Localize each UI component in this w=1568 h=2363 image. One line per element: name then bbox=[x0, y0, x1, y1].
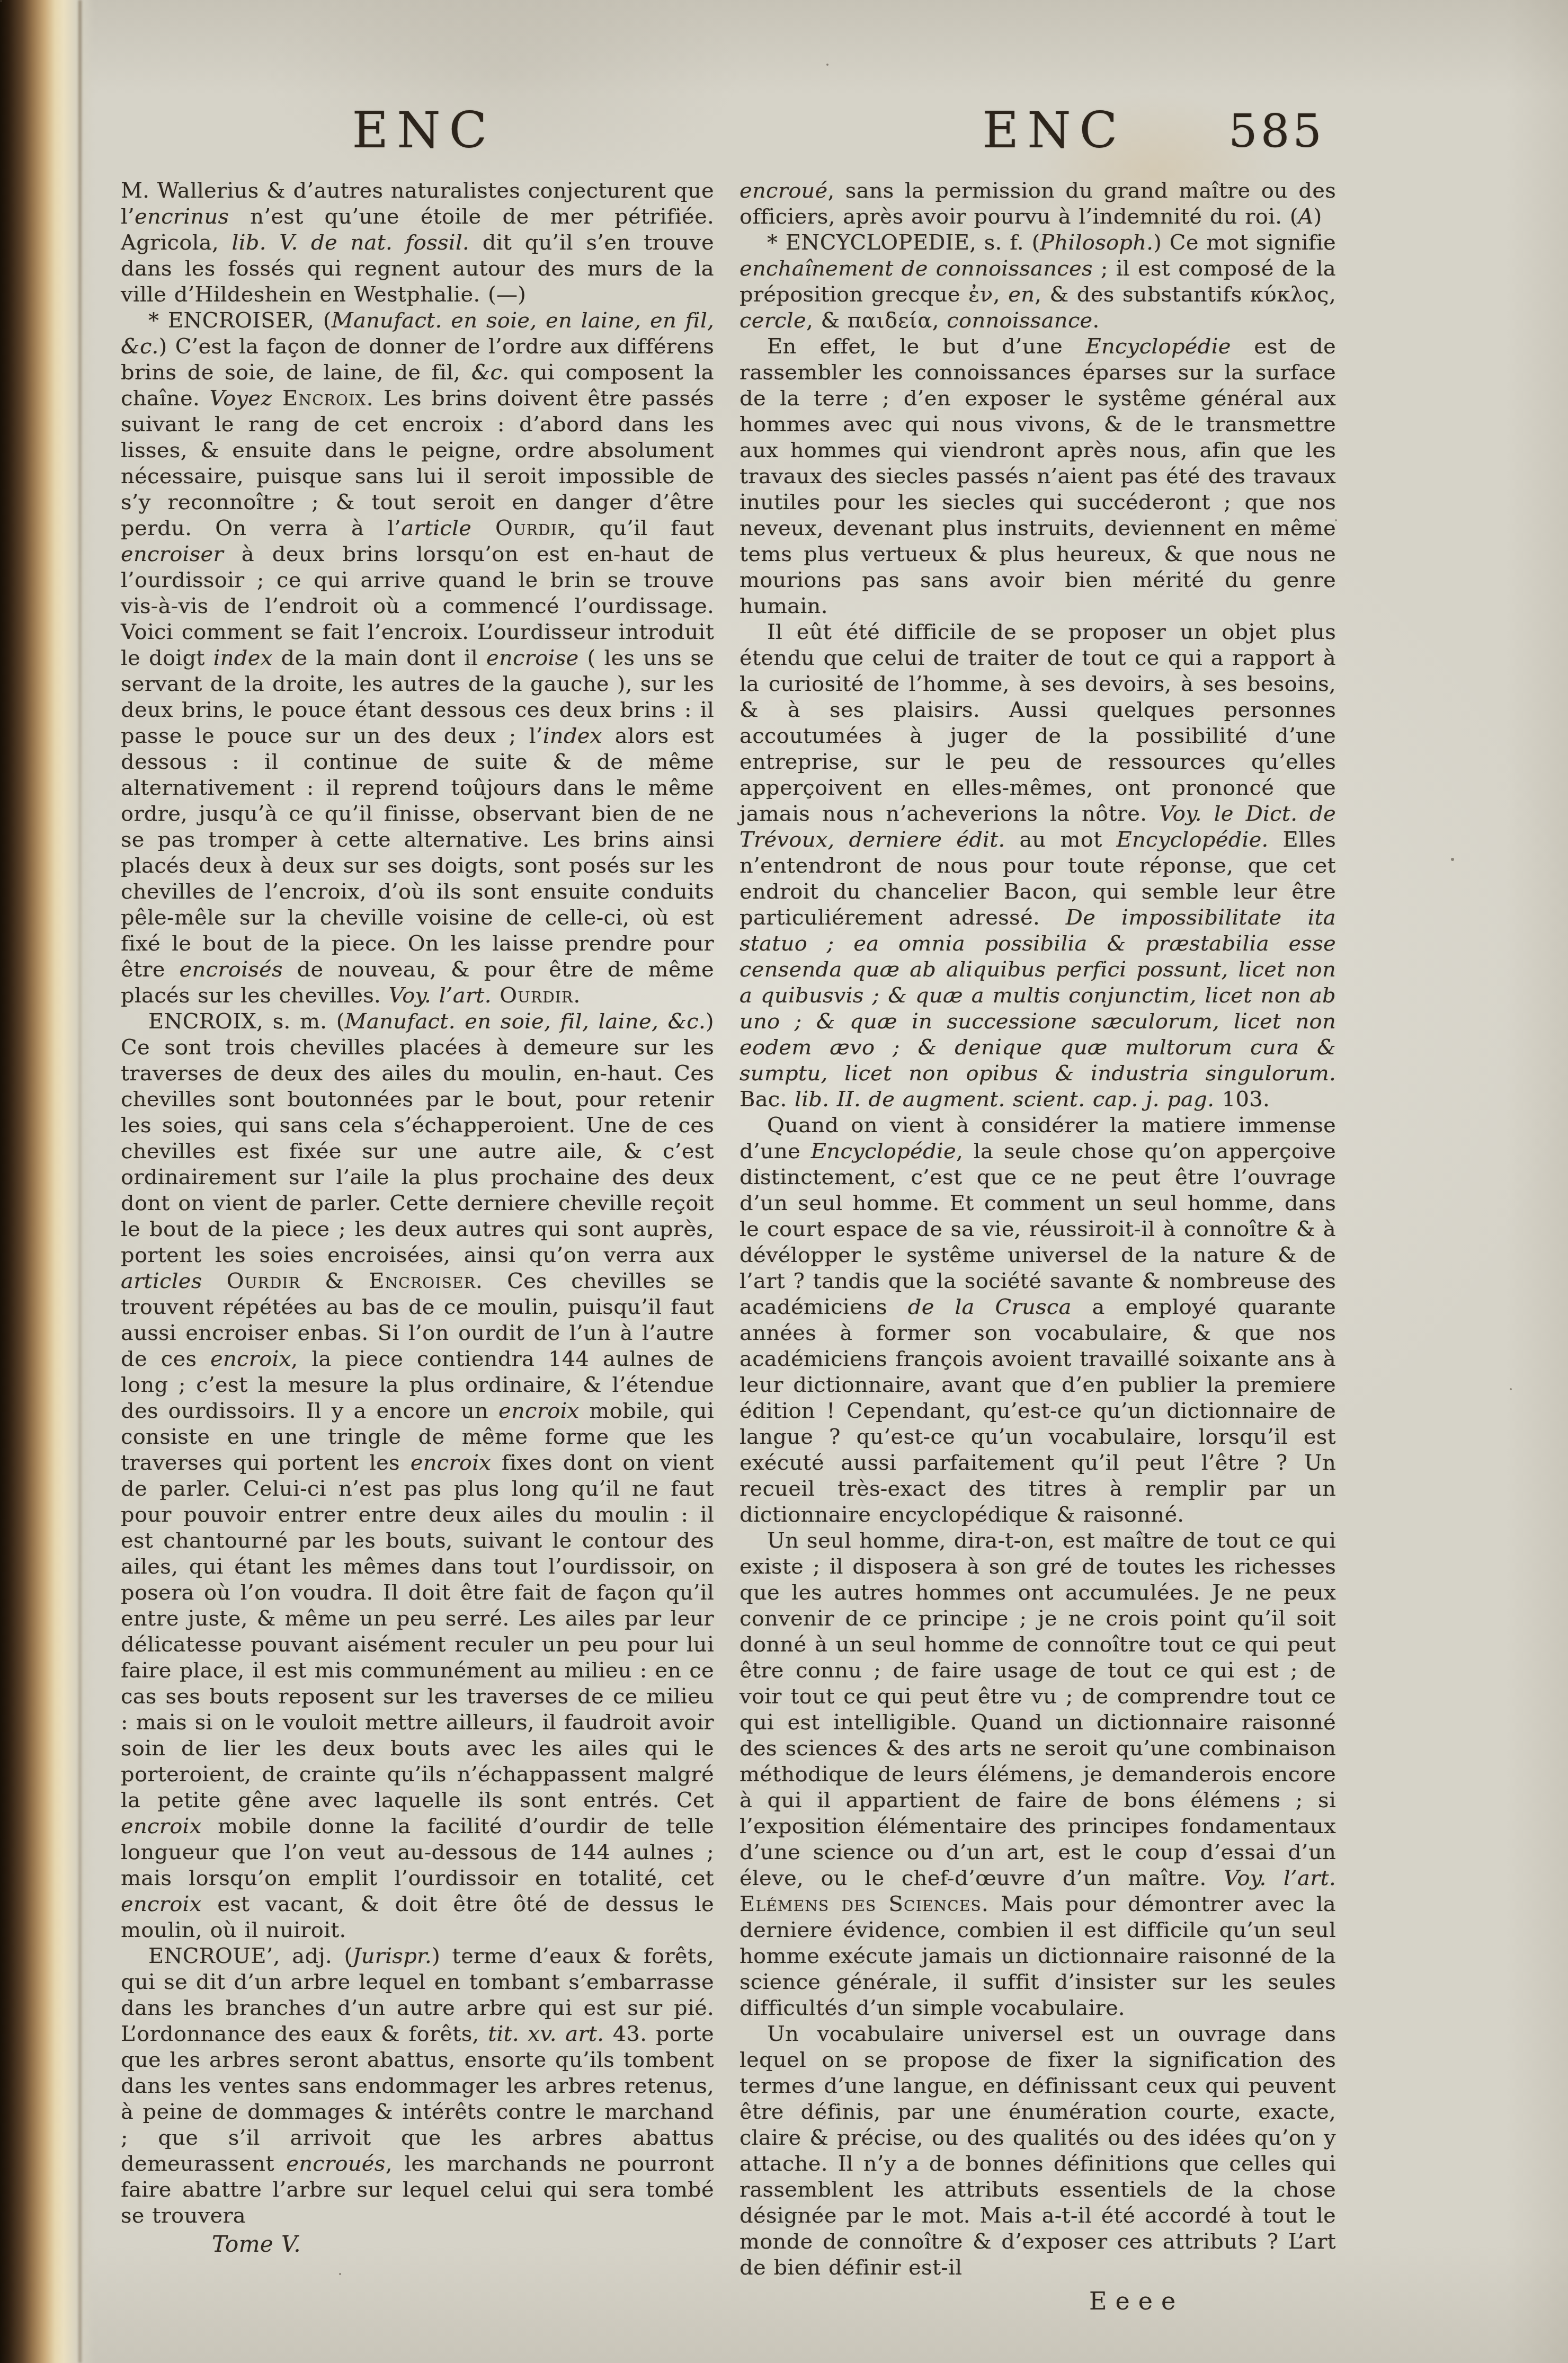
scanned-book-page: ENC ENC 585 M. Wallerius & d’autres natu… bbox=[0, 0, 1568, 2363]
text-segment: de la main dont il bbox=[273, 646, 486, 670]
paragraph: Il eût été difficile de se proposer un o… bbox=[740, 619, 1336, 1113]
paragraph: En effet, le but d’une Encyclopédie est … bbox=[740, 334, 1336, 619]
paragraph: Un vocabulaire universel est un ouvrage … bbox=[740, 2021, 1336, 2281]
text-segment: , & bbox=[806, 308, 848, 333]
text-segment: est de rassembler les connoissances épar… bbox=[740, 334, 1336, 618]
signature-mark: Eeee bbox=[1089, 2288, 1336, 2314]
paragraph: encroué, sans la permission du grand maî… bbox=[740, 178, 1336, 230]
text-segment: lib. V. de nat. fossil. bbox=[232, 230, 470, 255]
text-segment: Bac. bbox=[740, 1087, 795, 1112]
text-segment: , la seule chose qu’on apperçoive distin… bbox=[740, 1139, 1336, 1319]
text-segment: Ourdir. bbox=[492, 983, 581, 1008]
right-text-column: encroué, sans la permission du grand maî… bbox=[740, 178, 1336, 2314]
text-segment: ) Ce sont trois chevilles placées à deme… bbox=[121, 1009, 714, 1267]
paragraph: Un seul homme, dira-t-on, est maître de … bbox=[740, 1528, 1336, 2021]
text-segment: fixes dont on vient de parler. Celui-ci … bbox=[121, 1451, 714, 1813]
text-segment: Ourdir bbox=[471, 516, 569, 540]
text-segment: encroix bbox=[498, 1399, 580, 1423]
text-segment: Manufact. en soie, fil, laine, &c. bbox=[345, 1009, 706, 1034]
text-segment: 103. bbox=[1214, 1087, 1270, 1112]
left-column-text: M. Wallerius & d’autres naturalistes con… bbox=[121, 178, 714, 2229]
text-segment: index bbox=[543, 724, 602, 748]
text-segment: παιδεία bbox=[848, 308, 932, 333]
text-segment: En effet, le but d’une bbox=[767, 334, 1086, 359]
text-segment: tit. xv. art. bbox=[488, 2022, 604, 2046]
text-segment: ENCROIX, s. m. ( bbox=[148, 1009, 345, 1034]
text-segment: lib. II. de augment. scient. cap. j. pag… bbox=[795, 1087, 1214, 1112]
text-segment: ) Ce mot signifie bbox=[1153, 230, 1336, 255]
text-segment: Philosoph. bbox=[1040, 230, 1153, 255]
text-segment: Ourdir & Encroiser. bbox=[202, 1269, 483, 1293]
text-segment: Voy. l’art. bbox=[389, 983, 492, 1008]
running-title-left: ENC bbox=[334, 102, 514, 159]
text-segment: encroise bbox=[486, 646, 578, 670]
text-segment: &c. bbox=[471, 360, 510, 385]
right-column-text: encroué, sans la permission du grand maî… bbox=[740, 178, 1336, 2281]
text-segment: Jurispr. bbox=[352, 1944, 432, 1968]
text-segment: encroisés bbox=[180, 957, 283, 982]
text-segment: Voyez bbox=[210, 386, 272, 411]
text-segment: encroiser bbox=[121, 542, 224, 566]
text-segment: encroix bbox=[210, 1347, 291, 1371]
text-segment: cercle bbox=[740, 308, 806, 333]
page-number: 585 bbox=[1213, 105, 1340, 158]
text-segment: enchaînement de connoissances bbox=[740, 256, 1093, 281]
text-segment: Un seul homme, dira-t-on, est maître de … bbox=[740, 1529, 1336, 1890]
text-segment: encroué bbox=[740, 179, 828, 203]
text-segment: alors est dessous : il continue de suite… bbox=[121, 724, 714, 982]
paper-specks bbox=[0, 0, 2, 2]
left-text-column: M. Wallerius & d’autres naturalistes con… bbox=[121, 178, 714, 2257]
volume-catchword: Tome V. bbox=[212, 2231, 714, 2257]
text-segment: connoissance bbox=[947, 308, 1092, 333]
text-segment: , bbox=[993, 282, 1008, 307]
paragraph: Quand on vient à considérer la matiere i… bbox=[740, 1113, 1336, 1528]
text-segment: . bbox=[1093, 308, 1100, 333]
text-segment: Encyclopédie bbox=[1086, 334, 1231, 359]
text-segment: de la Crusca bbox=[908, 1295, 1072, 1319]
text-segment: encrinus bbox=[135, 205, 229, 229]
paragraph: M. Wallerius & d’autres naturalistes con… bbox=[121, 178, 714, 308]
text-segment: encroix bbox=[411, 1451, 492, 1475]
text-segment: Voy. l’art. bbox=[1224, 1866, 1336, 1890]
text-segment: * ENCYCLOPEDIE, s. f. ( bbox=[767, 230, 1040, 255]
text-segment: Un vocabulaire universel est un ouvrage … bbox=[740, 2022, 1336, 2280]
text-segment: en bbox=[1008, 282, 1035, 307]
paragraph: * ENCYCLOPEDIE, s. f. (Philosoph.) Ce mo… bbox=[740, 230, 1336, 334]
text-segment: encroix bbox=[121, 1892, 202, 1916]
text-segment: articles bbox=[121, 1269, 202, 1293]
text-segment: a employé quarante années à former son v… bbox=[740, 1295, 1336, 1527]
text-segment: * ENCROISER, ( bbox=[148, 308, 332, 333]
text-segment: article bbox=[401, 516, 471, 540]
text-segment: Encroix. bbox=[272, 386, 374, 411]
running-title-right: ENC bbox=[964, 102, 1144, 159]
text-segment: , bbox=[932, 308, 947, 333]
text-segment: Elémens des Sciences. bbox=[740, 1892, 989, 1916]
text-segment: index bbox=[213, 646, 273, 670]
text-segment: Il eût été difficile de se proposer un o… bbox=[740, 620, 1336, 826]
text-segment: ἐν bbox=[968, 282, 993, 307]
text-segment: est vacant, & doit être ôté de dessus le… bbox=[121, 1892, 714, 1942]
page-crease bbox=[78, 0, 82, 2363]
text-segment: encroix bbox=[121, 1814, 202, 1838]
text-segment: Encyclopédie. bbox=[1116, 828, 1268, 852]
text-segment: mobile donne la facilité d’ourdir de tel… bbox=[121, 1814, 714, 1890]
text-segment: , qu’il faut bbox=[569, 516, 714, 540]
text-segment: De impossibilitate ita statuo ; ea omnia… bbox=[740, 905, 1336, 1086]
text-segment: ) bbox=[1314, 205, 1322, 229]
text-segment: encroués bbox=[286, 2152, 385, 2176]
text-segment: Encyclopédie bbox=[811, 1139, 956, 1163]
text-segment: A bbox=[1298, 205, 1314, 229]
text-segment: κύκλος bbox=[1250, 282, 1329, 307]
paragraph: ENCROUE’, adj. (Jurispr.) terme d’eaux &… bbox=[121, 1943, 714, 2229]
text-segment: , sans la permission du grand maître ou … bbox=[740, 179, 1336, 229]
paragraph: ENCROIX, s. m. (Manufact. en soie, fil, … bbox=[121, 1009, 714, 1943]
text-segment: au mot bbox=[1005, 828, 1117, 852]
text-segment: , & des substantifs bbox=[1035, 282, 1250, 307]
paragraph: * ENCROISER, (Manufact. en soie, en lain… bbox=[121, 308, 714, 1009]
text-segment: ENCROUE’, adj. ( bbox=[148, 1944, 352, 1968]
text-segment: , bbox=[1329, 282, 1336, 307]
